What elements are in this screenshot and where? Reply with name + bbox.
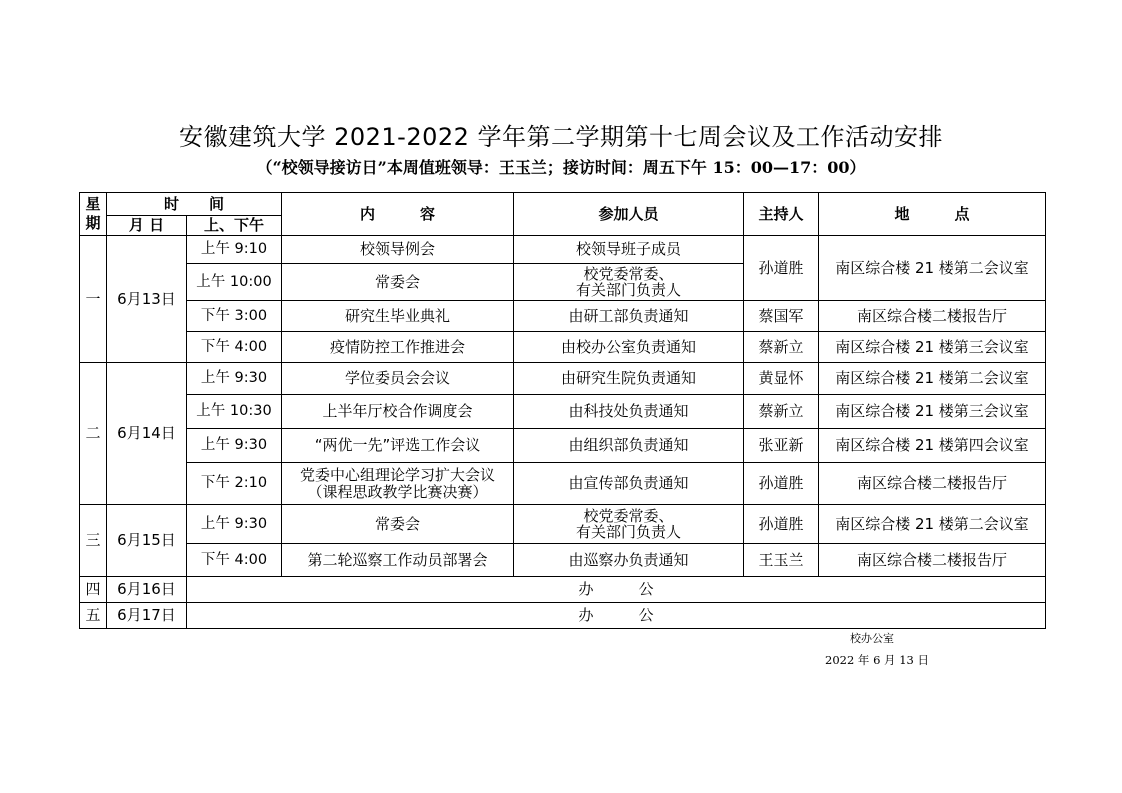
header-location: 地 点 — [819, 193, 1046, 236]
time-cell: 下午 3:00 — [187, 301, 282, 332]
participants-line: 校党委常委、 — [514, 266, 743, 282]
header-content: 内 容 — [282, 193, 514, 236]
time-cell: 上午 9:30 — [187, 429, 282, 463]
date-cell: 6月16日 — [107, 577, 187, 603]
time-cell: 上午 9:30 — [187, 363, 282, 395]
time-cell: 下午 4:00 — [187, 332, 282, 363]
location-cell: 南区综合楼 21 楼第三会议室 — [819, 395, 1046, 429]
participants-line: 有关部门负责人 — [514, 524, 743, 540]
header-host: 主持人 — [744, 193, 819, 236]
date-cell: 6月17日 — [107, 603, 187, 629]
date-cell: 6月15日 — [107, 505, 187, 577]
participants-cell: 由研工部负责通知 — [514, 301, 744, 332]
location-cell: 南区综合楼 21 楼第二会议室 — [819, 363, 1046, 395]
content-cell: “两优一先”评选工作会议 — [282, 429, 514, 463]
content-cell: 第二轮巡察工作动员部署会 — [282, 544, 514, 577]
host-cell: 孙道胜 — [744, 505, 819, 544]
location-cell: 南区综合楼 21 楼第二会议室 — [819, 505, 1046, 544]
header-date: 月 日 — [107, 216, 187, 236]
participants-line: 校党委常委、 — [514, 508, 743, 524]
content-cell: 党委中心组理论学习扩大会议 （课程思政教学比赛决赛） — [282, 463, 514, 505]
time-cell: 上午 10:30 — [187, 395, 282, 429]
weekday-cell: 四 — [80, 577, 107, 603]
content-cell: 常委会 — [282, 264, 514, 301]
participants-cell: 由组织部负责通知 — [514, 429, 744, 463]
table-row: 五 6月17日 办 公 — [80, 603, 1046, 629]
table-row: 上午 10:30 上半年厅校合作调度会 由科技处负责通知 蔡新立 南区综合楼 2… — [80, 395, 1046, 429]
host-cell: 孙道胜 — [744, 463, 819, 505]
header-weekday-label: 星期 — [85, 195, 101, 233]
host-cell: 张亚新 — [744, 429, 819, 463]
weekday-cell: 五 — [80, 603, 107, 629]
location-cell: 南区综合楼 21 楼第三会议室 — [819, 332, 1046, 363]
time-cell: 上午 10:00 — [187, 264, 282, 301]
document-subtitle: （“校领导接访日”本周值班领导：王玉兰；接访时间：周五下午 15：00—17：0… — [0, 155, 1122, 178]
table-row: 下午 3:00 研究生毕业典礼 由研工部负责通知 蔡国军 南区综合楼二楼报告厅 — [80, 301, 1046, 332]
content-cell: 校领导例会 — [282, 236, 514, 264]
content-cell: 常委会 — [282, 505, 514, 544]
table-row: 三 6月15日 上午 9:30 常委会 校党委常委、 有关部门负责人 孙道胜 南… — [80, 505, 1046, 544]
participants-cell: 由研究生院负责通知 — [514, 363, 744, 395]
schedule-table: 星期 时 间 内 容 参加人员 主持人 地 点 月 日 上、下午 一 6月13日… — [79, 192, 1046, 629]
content-line: （课程思政教学比赛决赛） — [282, 484, 513, 501]
time-cell: 下午 2:10 — [187, 463, 282, 505]
participants-cell: 由巡察办负责通知 — [514, 544, 744, 577]
location-cell: 南区综合楼二楼报告厅 — [819, 463, 1046, 505]
participants-line: 有关部门负责人 — [514, 282, 743, 298]
table-row: 下午 4:00 第二轮巡察工作动员部署会 由巡察办负责通知 王玉兰 南区综合楼二… — [80, 544, 1046, 577]
date-cell: 6月13日 — [107, 236, 187, 363]
weekday-cell: 二 — [80, 363, 107, 505]
document-title: 安徽建筑大学 2021-2022 学年第二学期第十七周会议及工作活动安排 — [0, 117, 1122, 152]
issuer-label: 校办公室 — [850, 630, 894, 646]
location-cell: 南区综合楼 21 楼第四会议室 — [819, 429, 1046, 463]
table-row: 四 6月16日 办 公 — [80, 577, 1046, 603]
host-cell: 蔡新立 — [744, 395, 819, 429]
host-cell: 王玉兰 — [744, 544, 819, 577]
time-cell: 上午 9:10 — [187, 236, 282, 264]
content-cell: 疫情防控工作推进会 — [282, 332, 514, 363]
table-row: 一 6月13日 上午 9:10 校领导例会 校领导班子成员 孙道胜 南区综合楼 … — [80, 236, 1046, 264]
content-cell: 学位委员会会议 — [282, 363, 514, 395]
date-cell: 6月14日 — [107, 363, 187, 505]
header-time: 时 间 — [107, 193, 282, 216]
host-cell: 蔡国军 — [744, 301, 819, 332]
participants-cell: 校领导班子成员 — [514, 236, 744, 264]
host-cell: 黄显怀 — [744, 363, 819, 395]
participants-cell: 由科技处负责通知 — [514, 395, 744, 429]
table-row: 上午 9:30 “两优一先”评选工作会议 由组织部负责通知 张亚新 南区综合楼 … — [80, 429, 1046, 463]
participants-cell: 校党委常委、 有关部门负责人 — [514, 264, 744, 301]
table-row: 下午 2:10 党委中心组理论学习扩大会议 （课程思政教学比赛决赛） 由宣传部负… — [80, 463, 1046, 505]
host-cell: 蔡新立 — [744, 332, 819, 363]
header-row: 星期 时 间 内 容 参加人员 主持人 地 点 — [80, 193, 1046, 216]
table-row: 下午 4:00 疫情防控工作推进会 由校办公室负责通知 蔡新立 南区综合楼 21… — [80, 332, 1046, 363]
weekday-cell: 一 — [80, 236, 107, 363]
participants-cell: 校党委常委、 有关部门负责人 — [514, 505, 744, 544]
location-cell: 南区综合楼二楼报告厅 — [819, 544, 1046, 577]
content-cell: 上半年厅校合作调度会 — [282, 395, 514, 429]
table-row: 二 6月14日 上午 9:30 学位委员会会议 由研究生院负责通知 黄显怀 南区… — [80, 363, 1046, 395]
location-cell: 南区综合楼二楼报告厅 — [819, 301, 1046, 332]
issue-date: 2022 年 6 月 13 日 — [825, 652, 929, 668]
note-cell: 办 公 — [187, 577, 1046, 603]
host-cell: 孙道胜 — [744, 236, 819, 301]
location-cell: 南区综合楼 21 楼第二会议室 — [819, 236, 1046, 301]
header-ampm: 上、下午 — [187, 216, 282, 236]
header-weekday: 星期 — [80, 193, 107, 236]
content-line: 党委中心组理论学习扩大会议 — [282, 467, 513, 484]
time-cell: 下午 4:00 — [187, 544, 282, 577]
header-participants: 参加人员 — [514, 193, 744, 236]
content-cell: 研究生毕业典礼 — [282, 301, 514, 332]
note-cell: 办 公 — [187, 603, 1046, 629]
weekday-cell: 三 — [80, 505, 107, 577]
participants-cell: 由校办公室负责通知 — [514, 332, 744, 363]
time-cell: 上午 9:30 — [187, 505, 282, 544]
participants-cell: 由宣传部负责通知 — [514, 463, 744, 505]
